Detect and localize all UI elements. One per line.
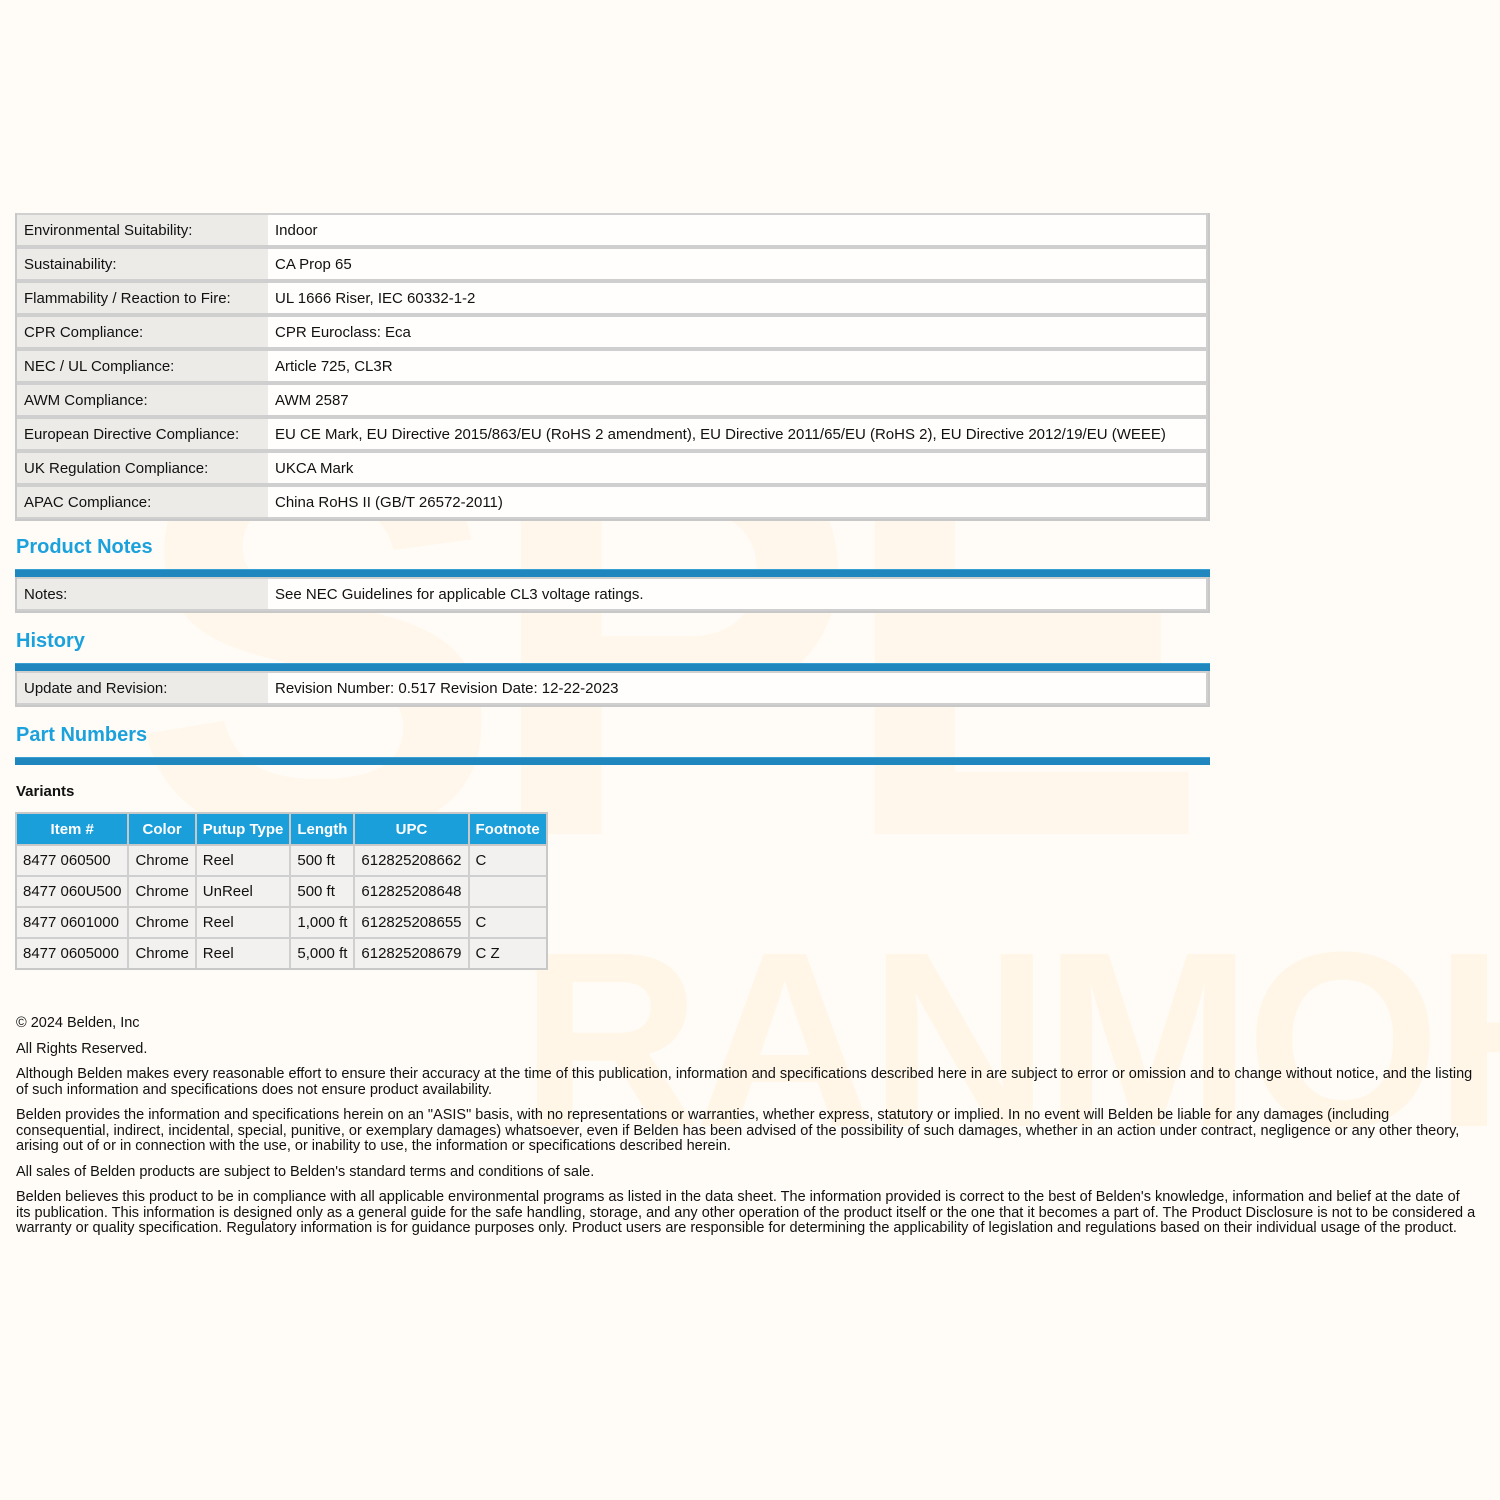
table-row: NEC / UL Compliance:Article 725, CL3R: [17, 349, 1208, 383]
table-cell: 612825208679: [355, 939, 469, 968]
table-cell: [470, 877, 546, 908]
table-row: Notes: See NEC Guidelines for applicable…: [17, 577, 1208, 611]
product-notes-heading: Product Notes: [16, 536, 153, 559]
table-cell: Chrome: [129, 846, 196, 877]
table-cell: 500 ft: [291, 846, 355, 877]
table-cell: 8477 0601000: [17, 908, 129, 939]
table-row: APAC Compliance:China RoHS II (GB/T 2657…: [17, 485, 1208, 519]
table-cell: 1,000 ft: [291, 908, 355, 939]
spec-label: Flammability / Reaction to Fire:: [17, 281, 268, 315]
disclaimer-accuracy: Although Belden makes every reasonable e…: [16, 1067, 1476, 1098]
history-heading: History: [16, 630, 85, 653]
table-cell: 500 ft: [291, 877, 355, 908]
history-table: Update and Revision: Revision Number: 0.…: [15, 671, 1210, 707]
history-divider: [15, 663, 1210, 671]
table-row: UK Regulation Compliance:UKCA Mark: [17, 451, 1208, 485]
table-cell: 8477 060U500: [17, 877, 129, 908]
column-header: Item #: [17, 814, 129, 846]
product-notes-table: Notes: See NEC Guidelines for applicable…: [15, 577, 1210, 613]
table-row: CPR Compliance:CPR Euroclass: Eca: [17, 315, 1208, 349]
column-header: Color: [129, 814, 196, 846]
variants-table: Item #ColorPutup TypeLengthUPCFootnote 8…: [15, 812, 548, 970]
table-cell: C: [470, 846, 546, 877]
table-row: 8477 0605000ChromeReel5,000 ft6128252086…: [17, 939, 546, 968]
spec-label: CPR Compliance:: [17, 315, 268, 349]
disclaimer-terms: All sales of Belden products are subject…: [16, 1165, 1476, 1181]
spec-value: EU CE Mark, EU Directive 2015/863/EU (Ro…: [268, 417, 1208, 451]
spec-value: Indoor: [268, 213, 1208, 247]
spec-label: European Directive Compliance:: [17, 417, 268, 451]
table-cell: C Z: [470, 939, 546, 968]
table-row: European Directive Compliance:EU CE Mark…: [17, 417, 1208, 451]
table-row: Environmental Suitability:Indoor: [17, 213, 1208, 247]
table-cell: Chrome: [129, 939, 196, 968]
spec-value: AWM 2587: [268, 383, 1208, 417]
table-cell: 612825208662: [355, 846, 469, 877]
table-cell: UnReel: [197, 877, 292, 908]
spec-label: Sustainability:: [17, 247, 268, 281]
spec-label: NEC / UL Compliance:: [17, 349, 268, 383]
column-header: Putup Type: [197, 814, 292, 846]
spec-value: CPR Euroclass: Eca: [268, 315, 1208, 349]
spec-value: Article 725, CL3R: [268, 349, 1208, 383]
part-numbers-heading: Part Numbers: [16, 724, 147, 747]
part-numbers-divider: [15, 757, 1210, 765]
table-row: Update and Revision: Revision Number: 0.…: [17, 671, 1208, 705]
spec-value: UL 1666 Riser, IEC 60332-1-2: [268, 281, 1208, 315]
table-header-row: Item #ColorPutup TypeLengthUPCFootnote: [17, 814, 546, 846]
rights-text: All Rights Reserved.: [16, 1042, 1476, 1058]
table-cell: Reel: [197, 846, 292, 877]
table-row: 8477 060500ChromeReel500 ft612825208662C: [17, 846, 546, 877]
spec-value: UKCA Mark: [268, 451, 1208, 485]
table-row: Flammability / Reaction to Fire:UL 1666 …: [17, 281, 1208, 315]
table-cell: 8477 0605000: [17, 939, 129, 968]
table-cell: 5,000 ft: [291, 939, 355, 968]
table-cell: Chrome: [129, 908, 196, 939]
disclaimer-asis: Belden provides the information and spec…: [16, 1108, 1476, 1155]
table-row: 8477 060U500ChromeUnReel500 ft6128252086…: [17, 877, 546, 908]
compliance-table: Environmental Suitability:IndoorSustaina…: [15, 213, 1210, 521]
column-header: Footnote: [470, 814, 546, 846]
copyright-text: © 2024 Belden, Inc: [16, 1016, 1476, 1032]
revision-value: Revision Number: 0.517 Revision Date: 12…: [268, 671, 1208, 705]
table-cell: Chrome: [129, 877, 196, 908]
column-header: UPC: [355, 814, 469, 846]
table-cell: Reel: [197, 908, 292, 939]
spec-label: AWM Compliance:: [17, 383, 268, 417]
variants-heading: Variants: [16, 783, 74, 800]
disclaimer-environmental: Belden believes this product to be in co…: [16, 1190, 1476, 1237]
table-cell: Reel: [197, 939, 292, 968]
notes-label: Notes:: [17, 577, 268, 611]
spec-value: CA Prop 65: [268, 247, 1208, 281]
column-header: Length: [291, 814, 355, 846]
table-cell: 8477 060500: [17, 846, 129, 877]
spec-label: APAC Compliance:: [17, 485, 268, 519]
table-row: Sustainability:CA Prop 65: [17, 247, 1208, 281]
product-notes-divider: [15, 569, 1210, 577]
table-row: 8477 0601000ChromeReel1,000 ft6128252086…: [17, 908, 546, 939]
legal-footer: © 2024 Belden, Inc All Rights Reserved. …: [16, 1016, 1476, 1247]
spec-label: Environmental Suitability:: [17, 213, 268, 247]
spec-label: UK Regulation Compliance:: [17, 451, 268, 485]
compliance-section: Environmental Suitability:IndoorSustaina…: [15, 213, 1210, 521]
table-cell: 612825208648: [355, 877, 469, 908]
revision-label: Update and Revision:: [17, 671, 268, 705]
table-cell: C: [470, 908, 546, 939]
notes-value: See NEC Guidelines for applicable CL3 vo…: [268, 577, 1208, 611]
table-cell: 612825208655: [355, 908, 469, 939]
table-row: AWM Compliance:AWM 2587: [17, 383, 1208, 417]
spec-value: China RoHS II (GB/T 26572-2011): [268, 485, 1208, 519]
